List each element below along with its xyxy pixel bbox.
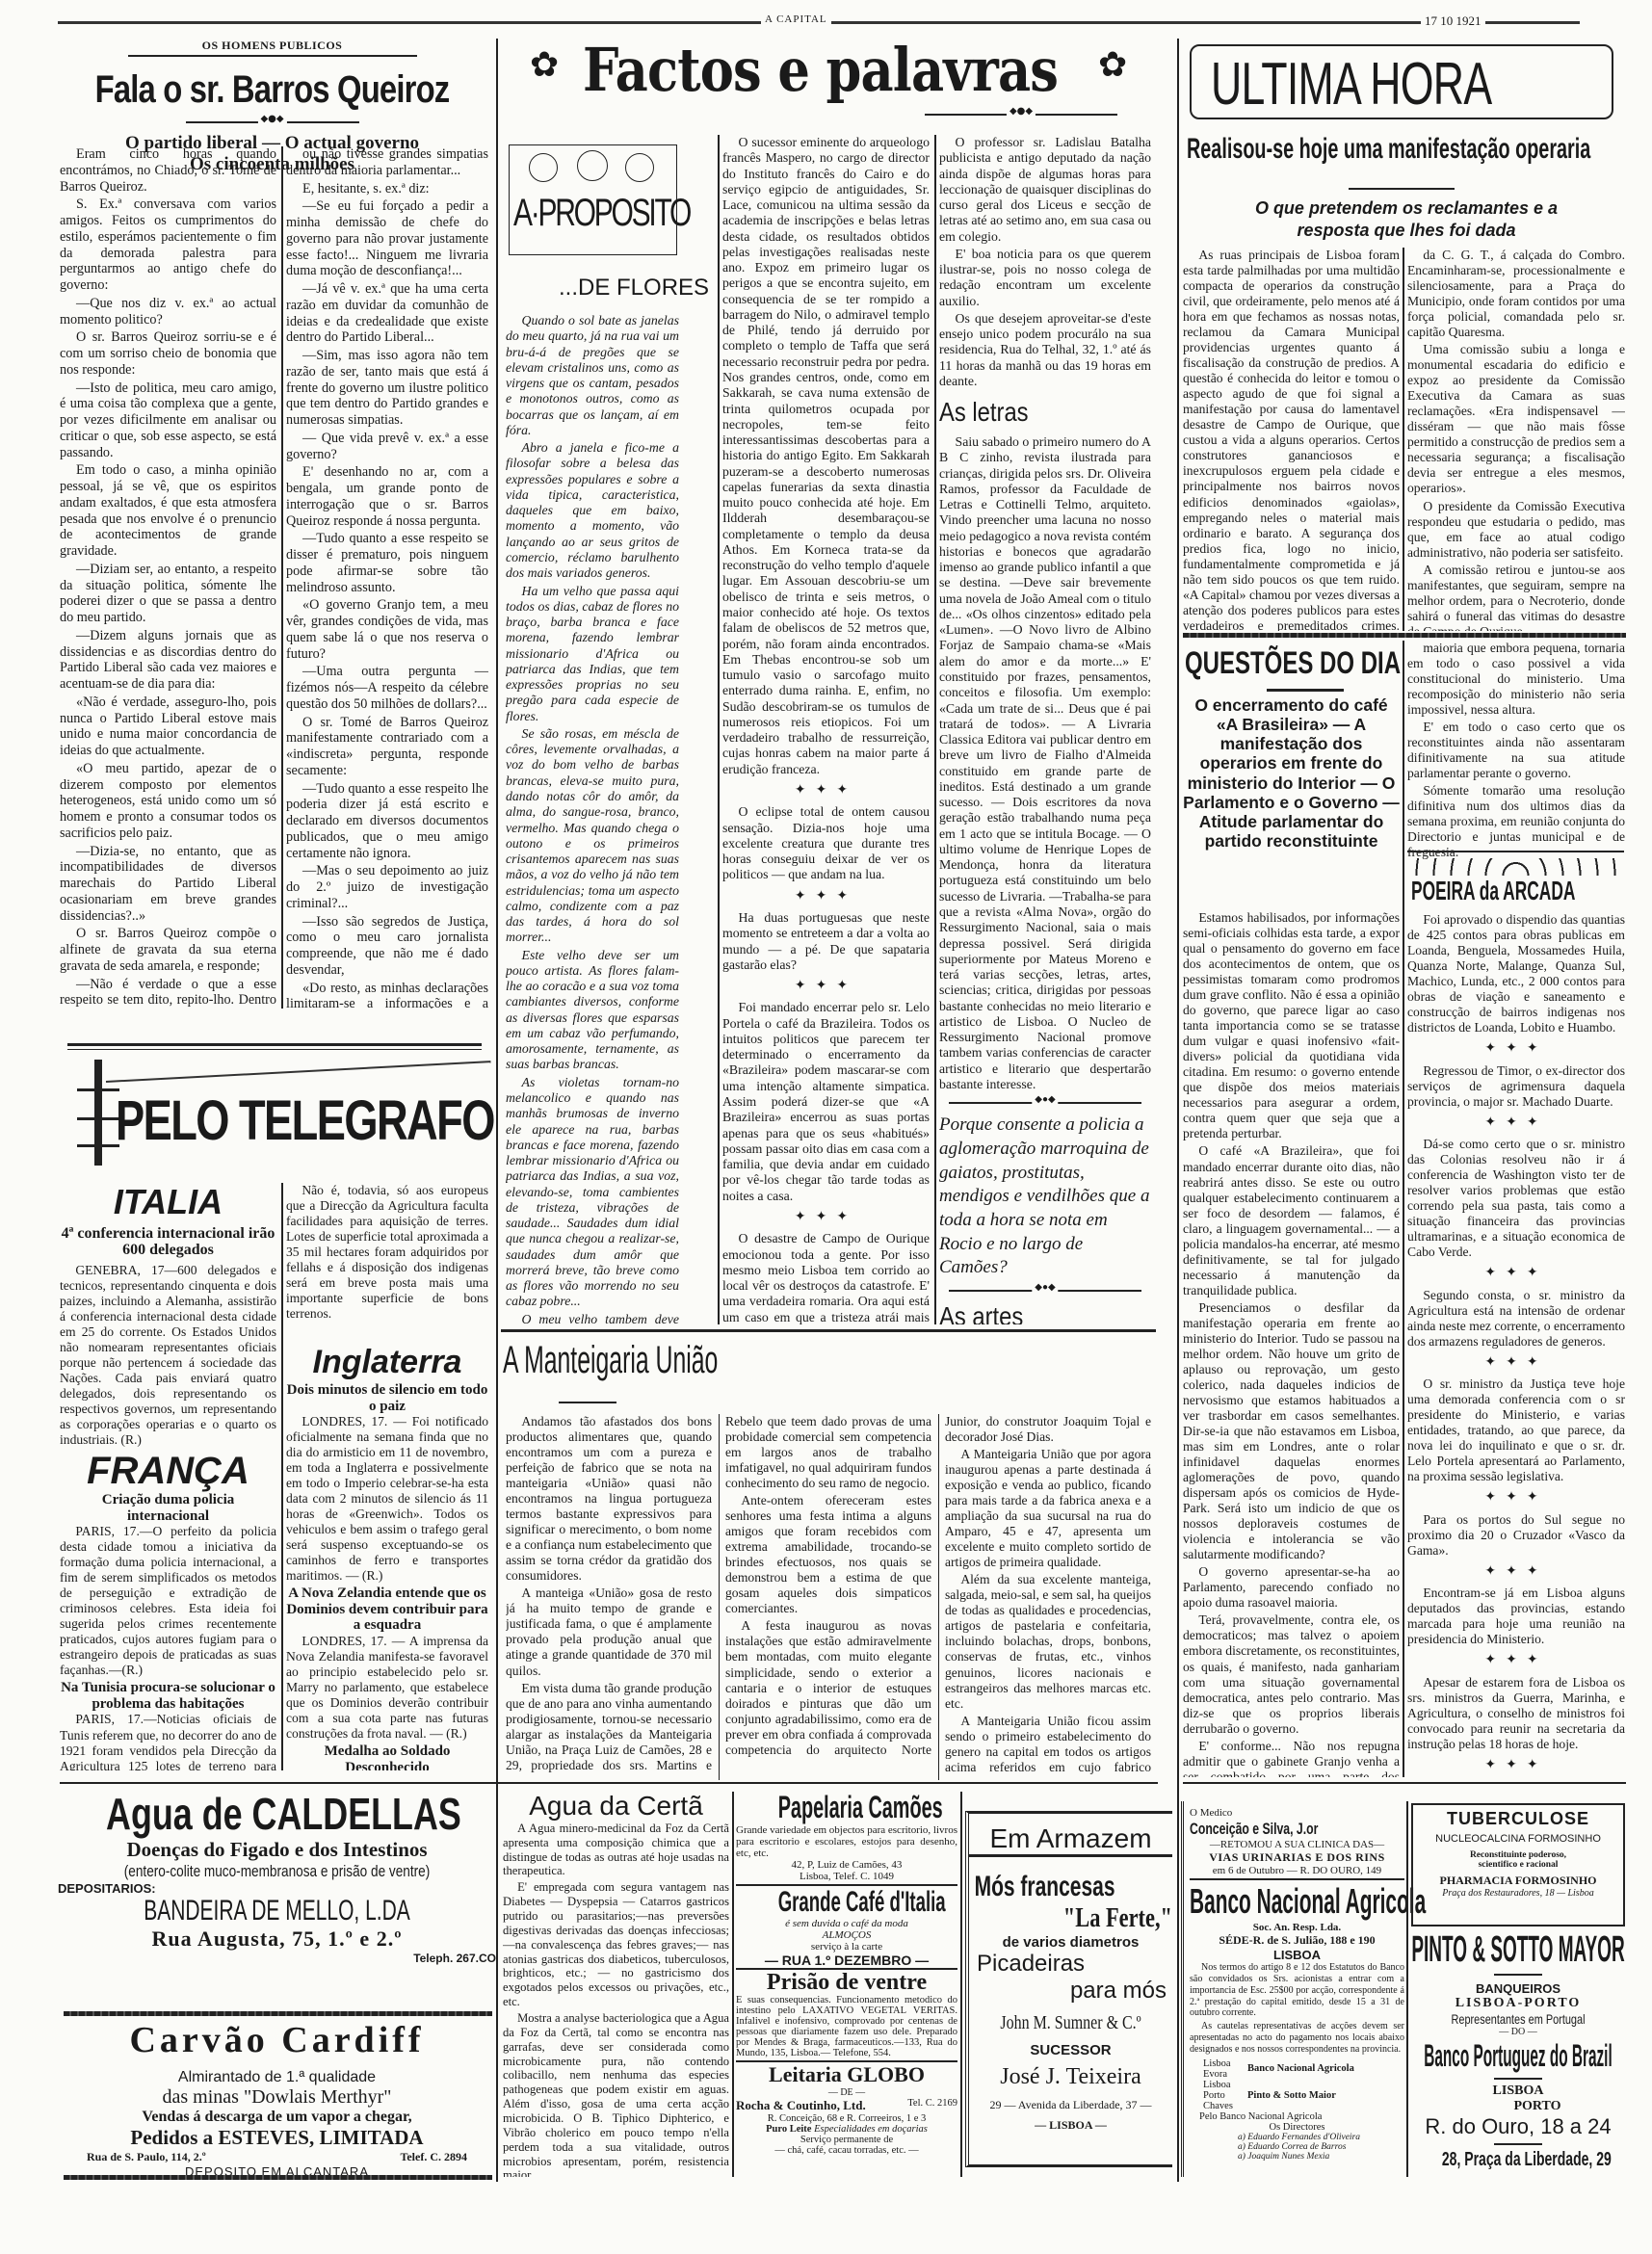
paragraph: S. Ex.ª conversava com varios amigos. Fe… <box>60 197 276 294</box>
paragraph: A comissão retirou e juntou-se aos manif… <box>1407 563 1625 631</box>
paragraph: —Isso são segredos de Justiça, como o me… <box>286 914 488 979</box>
tuberculose-line2: scientifico e racional <box>1413 1860 1623 1870</box>
pinto-address1: R. do Ouro, 18 a 24 <box>1409 2114 1627 2139</box>
manteigaria-title: A Manteigaria União <box>503 1339 718 1382</box>
ultima-hora-right-text: da C. G. T., á calçada do Combro. Encami… <box>1407 248 1625 631</box>
cafe-italia-title: Grande Café d'Italia <box>778 1886 916 1918</box>
paragraph: O governo apresentar-se-ha ao Parlamento… <box>1183 1564 1400 1611</box>
franca-body-1: PARIS, 17.—O perfeito da policia desta c… <box>60 1524 276 1678</box>
paragraph: Além da sua excelente manteiga, salgada,… <box>945 1572 1151 1711</box>
cardiff-title: Carvão Cardiff <box>58 2021 496 2061</box>
armazem-line5: para mós <box>969 1978 1172 2005</box>
flower-ornament-icon: ✿ <box>1098 48 1127 83</box>
banco-agricola-line3: LISBOA <box>1190 1948 1404 1962</box>
paragraph: Foi aprovado o dispendio das quantias de… <box>1407 912 1625 1035</box>
globo-company: Rocha & Coutinho, Ltd. <box>736 2098 866 2113</box>
paragraph: —Diziam ser, ao entanto, a respeito da s… <box>60 562 276 626</box>
places-list-1: LisboaEvora <box>1190 2058 1247 2080</box>
paragraph: —Isto de politica, meu caro amigo, é uma… <box>60 380 276 461</box>
ad-tuberculose: TUBERCULOSE NUCLEOCALCINA FORMOSINHO Rec… <box>1411 1803 1625 1926</box>
paragraph: O meu velho tambem deve ser filosofo. A … <box>506 1312 679 1324</box>
paragraph: Terá, provavelmente, contra ele, os demo… <box>1183 1612 1400 1736</box>
interview-left-text: Eram cinco horas quando encontrámos, no … <box>60 146 276 1009</box>
ad-pinto-sotto-mayor: PINTO & SOTTO MAYOR BANQUEIROS LISBOA-PO… <box>1409 1931 1627 2177</box>
certa-title: Agua da Certã <box>503 1792 729 1822</box>
papelaria-body: Grande variedade em objectos para escrit… <box>736 1824 957 1859</box>
papelaria-address: 42, P, Luiz de Camões, 43 <box>736 1859 957 1871</box>
paragraph: E' boa noticia para os que querem ilustr… <box>939 247 1151 309</box>
globo-title: Leitaria GLOBO <box>736 2062 957 2087</box>
caldellas-phone: Teleph. 267.CO <box>58 1952 496 1965</box>
banco-agricola-title: Banco Nacional Agricola <box>1190 1880 1314 1922</box>
armazem-line1: Mós francesas <box>969 1871 1112 1903</box>
armazem-line2: "La Ferte," <box>1010 1903 1172 1934</box>
paragraph: —Se eu fui forçado a pedir a minha demis… <box>286 198 488 279</box>
caldellas-label: DEPOSITARIOS: <box>58 1881 496 1896</box>
poeira-title: POEIRA da ARCADA <box>1411 876 1575 907</box>
ultima-hora-right-column: da C. G. T., á calçada do Combro. Encami… <box>1407 248 1625 631</box>
pinto-address2: 28, Praça da Liberdade, 29 <box>1442 2149 1594 2171</box>
factos-middle-column: O sucessor eminente do arqueologo francê… <box>722 135 930 1324</box>
paragraph: —Tudo quanto a esse respeito se disser é… <box>286 531 488 595</box>
diamond-ornament-icon: ✦✦✦ <box>1407 1758 1625 1773</box>
pinto-line4: — DO — <box>1409 2027 1627 2037</box>
paragraph: «O governo Granjo tem, a meu vêr, grande… <box>286 597 488 662</box>
interview-right-column: ou não tivesse grandes simpatias dentro … <box>286 146 488 1009</box>
diamond-ornament-icon: ✦✦✦ <box>1407 1041 1625 1057</box>
paragraph: Para os portos do Sul segue no proximo d… <box>1407 1512 1625 1559</box>
questoes-left-column: Estamos habilisados, por informações sem… <box>1183 910 1400 1777</box>
banco-agricola-signoff: Pelo Banco Nacional Agricola <box>1190 2111 1404 2122</box>
paper-name: A CAPITAL <box>761 13 831 25</box>
paragraph: O sr. ministro da Justiça teve hoje uma … <box>1407 1376 1625 1484</box>
interview-left-column: Eram cinco horas quando encontrámos, no … <box>60 146 276 1009</box>
ad-agua-certa: Agua da Certã A Agua minero-medicinal da… <box>503 1792 729 2177</box>
banco-agricola-bank1: Banco Nacional Agricola <box>1247 2063 1354 2074</box>
cafe-italia-line3: serviço à la carte <box>736 1941 957 1953</box>
a-proposito-label: A·PROPOSITO <box>513 192 690 235</box>
globo-line3: — chá, café, cacau torradas, etc. — <box>736 2145 957 2156</box>
manteigaria-text: Andamos tão afastados dos bons productos… <box>506 1414 1151 1780</box>
paragraph: E' em todo o caso certo que os reconstit… <box>1407 720 1625 781</box>
factos-middle-text: O sucessor eminente do arqueologo francê… <box>722 135 930 1324</box>
diamond-ornament-icon: ✦✦✦ <box>1407 1490 1625 1506</box>
medico-line1: —RETOMOU A SUA CLINICA DAS— <box>1190 1839 1404 1850</box>
questoes-title: QUESTÕES DO DIA <box>1185 645 1401 681</box>
paragraph: —Que nos diz v. ex.ª ao actual momento p… <box>60 296 276 328</box>
cafe-italia-line1: é sem duvida o café da moda <box>736 1918 957 1929</box>
paragraph: Ha duas portuguesas que neste momento se… <box>722 910 930 973</box>
globo-de: — DE — <box>736 2087 957 2098</box>
pinto-title: PINTO & SOTTO MAYOR <box>1411 1931 1626 1968</box>
diamond-ornament-icon: ✦✦✦ <box>722 783 930 799</box>
interview-right-text: ou não tivesse grandes simpatias dentro … <box>286 146 488 1009</box>
banco-agricola-directors-label: Os Directores <box>1190 2122 1404 2133</box>
paragraph: Segundo consta, o sr. ministro da Agricu… <box>1407 1288 1625 1350</box>
pinto-line1: BANQUEIROS <box>1409 1981 1627 1996</box>
as-artes-title: As artes <box>939 1301 1119 1324</box>
paragraph: O sr. Tomé de Barros Queiroz manifestame… <box>286 715 488 779</box>
places-list-2: LisboaPortoChaves <box>1190 2080 1247 2111</box>
as-letras-title: As letras <box>939 397 1119 429</box>
a-proposito-title: ...DE FLORES <box>559 275 709 301</box>
questoes-left-text: Estamos habilisados, por informações sem… <box>1183 910 1400 1777</box>
medico-line3: em 6 de Outubro — R. DO OURO, 149 <box>1190 1865 1404 1876</box>
italia-headline: 4ª conferencia internacional irão 600 de… <box>60 1225 276 1259</box>
tuberculose-address: Praça dos Restauradores, 18 — Lisboa <box>1413 1888 1623 1899</box>
paragraph: —Tudo quanto a esse respeito lhe poderia… <box>286 781 488 862</box>
pinto-line7: PORTO <box>1409 2099 1627 2114</box>
paragraph: Foi mandado encerrar pelo sr. Lelo Porte… <box>722 1000 930 1203</box>
paragraph: da C. G. T., á calçada do Combro. Encami… <box>1407 248 1625 340</box>
paragraph: Ante-ontem ofereceram estes senhores uma… <box>725 1493 931 1616</box>
paragraph: Dá-se como certo que o sr. ministro das … <box>1407 1137 1625 1260</box>
armazem-successor-label: SUCESSOR <box>969 2042 1172 2058</box>
diamond-ornament-icon: ✦✦✦ <box>1407 1653 1625 1668</box>
agriculture-note: Não é, todavia, só aos europeus que a Di… <box>286 1183 488 1322</box>
ultima-hora-headline: Realisou-se hoje uma manifestação operar… <box>1187 133 1590 166</box>
papelaria-title: Papelaria Camões <box>778 1792 916 1824</box>
papelaria-phone: Lisboa, Telef. C. 1049 <box>736 1871 957 1886</box>
list-item: a) Eduardo Correa de Barros <box>1238 2142 1404 2152</box>
paragraph: —Sim, mas isso agora não tem razão de se… <box>286 348 488 429</box>
list-item: Lisboa <box>1203 2080 1247 2090</box>
tuberculose-title: TUBERCULOSE <box>1413 1809 1623 1829</box>
arcade-arches-icon <box>1407 858 1624 876</box>
armazem-successor: José J. Teixeira <box>969 2064 1172 2090</box>
flower-ornament-icon: ✿ <box>530 48 559 83</box>
ultima-hora-left-column: As ruas principais de Lisboa foram esta … <box>1183 248 1400 631</box>
paragraph: Estamos habilisados, por informações sem… <box>1183 910 1400 1141</box>
poeira-column: Foi aprovado o dispendio das quantias de… <box>1407 912 1625 1777</box>
inglaterra-headline-1: Dois minutos de silencio em todo o paiz <box>286 1382 488 1414</box>
paragraph: O café «A Brazileira», que foi mandado e… <box>1183 1143 1400 1297</box>
caldellas-title: Agua de CALDELLAS <box>106 1792 448 1836</box>
paragraph: «Do resto, as minhas declarações limitar… <box>286 981 488 1009</box>
globo-line2: Serviço permanente de <box>736 2135 957 2145</box>
cafe-italia-address: — RUA 1.º DEZEMBRO — <box>736 1953 957 1970</box>
inglaterra-headline-2: A Nova Zelandia entende que os Dominios … <box>286 1586 488 1634</box>
poeira-text: Foi aprovado o dispendio das quantias de… <box>1407 912 1625 1777</box>
a-proposito-column: Quando o sol bate as janelas do meu quar… <box>506 313 679 1324</box>
prisao-title: Prisão de ventre <box>736 1970 957 1995</box>
cardiff-line2: das minas "Dowlais Merthyr" <box>58 2086 496 2109</box>
paragraph: E, hesitante, s. ex.ª diz: <box>286 181 488 197</box>
list-item: Porto <box>1203 2090 1247 2101</box>
medico-prefix: O Medico <box>1190 1807 1232 1819</box>
armazem-address: 29 — Avenida da Liberdade, 37 — <box>969 2098 1172 2112</box>
diamond-ornament-icon: ✦✦✦ <box>722 889 930 904</box>
franca-body-2: PARIS, 17.—Noticias oficiais de Tunis re… <box>60 1712 276 1770</box>
paragraph: Em todo o caso, a minha opinião pessoal,… <box>60 462 276 560</box>
paragraph: As ruas principais de Lisboa foram esta … <box>1183 248 1400 631</box>
paragraph: Apesar de estarem fora de Lisboa os srs.… <box>1407 1675 1625 1752</box>
medico-name: Conceição e Silva, J.or <box>1190 1820 1318 1839</box>
ultima-hora-left-text: As ruas principais de Lisboa foram esta … <box>1183 248 1400 631</box>
telegrafo-right-column: Não é, todavia, só aos europeus que a Di… <box>286 1183 488 1770</box>
certa-text: A Agua minero-medicinal da Foz da Certã … <box>503 1822 729 2177</box>
globo-phone: Tel. C. 2169 <box>907 2098 957 2113</box>
paragraph: «O meu partido, apezar de o dizerem comp… <box>60 761 276 842</box>
armazem-line3: de varios diametros <box>969 1934 1172 1951</box>
globo-line1: Puro Leite <box>766 2124 811 2135</box>
paragraph: O eclipse total de ontem causou sensação… <box>722 804 930 882</box>
question-policia: Porque consente a policia a aglomeração … <box>939 1114 1151 1280</box>
paragraph: —Já vê v. ex.ª que ha uma certa razão em… <box>286 281 488 346</box>
paragraph: Eram cinco horas quando encontrámos, no … <box>60 146 276 195</box>
diamond-ornament-icon: ✦✦✦ <box>1407 1564 1625 1580</box>
paragraph: —Dizem alguns jornais que as dissidencia… <box>60 628 276 693</box>
factos-right-text: O professor sr. Ladislau Batalha publici… <box>939 135 1151 389</box>
ultima-hora-title: ULTIMA HORA <box>1211 50 1491 118</box>
armazem-company: John M. Sumner & C.º <box>989 2012 1152 2034</box>
factos-title: Factos e palavras <box>583 35 1058 105</box>
armazem-city: — LISBOA — <box>969 2118 1172 2133</box>
diamond-ornament-icon: ✦✦✦ <box>1407 1115 1625 1131</box>
headline: Fala o sr. Barros Queiroz <box>92 68 452 112</box>
banco-agricola-para1: Nos termos do artigo 8 e 12 dos Estatuto… <box>1190 1962 1404 2019</box>
paragraph: —Uma outra pergunta — fizémos nós—A resp… <box>286 664 488 712</box>
telegrafo-left-column: ITALIA 4ª conferencia internacional irão… <box>60 1183 276 1770</box>
list-item: Lisboa <box>1203 2058 1247 2069</box>
inglaterra-body-2: LONDRES, 17. — A imprensa da Nova Zeland… <box>286 1634 488 1742</box>
diamond-ornament-icon: ✦✦✦ <box>722 1210 930 1225</box>
italia-body: GENEBRA, 17—600 delegados e tecnicos, re… <box>60 1263 276 1448</box>
paragraph: —Mas o seu depoimento ao juiz do 2.º jui… <box>286 863 488 911</box>
banco-agricola-line2: SÉDE-R. de S. Julião, 188 e 190 <box>1190 1933 1404 1948</box>
paragraph: —Dizia-se, no entanto, que as incompatib… <box>60 844 276 925</box>
paragraph: E' desenhando no ar, com a bengala, um g… <box>286 464 488 529</box>
franca-heading: FRANÇA <box>60 1450 276 1492</box>
pinto-line5: Banco Portuguez do Brazil <box>1415 2037 1621 2074</box>
factos-right-column: O professor sr. Ladislau Batalha publici… <box>939 135 1151 1324</box>
inglaterra-headline-3: Medalha ao Soldado Desconhecido <box>286 1743 488 1770</box>
paragraph: E' conforme... Não nos repugna admitir q… <box>1183 1739 1400 1777</box>
questoes-right-text: maioria que embora pequena, tornaria em … <box>1407 641 1625 860</box>
cardiff-phone: Telef. C. 2894 <box>400 2150 467 2164</box>
factos-banner: ✿ Factos e palavras ✿ <box>501 39 1156 111</box>
paragraph: Ha um velho que passa aqui todos os dias… <box>506 584 679 724</box>
prisao-body: E suas consequencias. Funcionamento meto… <box>736 1995 957 2062</box>
directors-list: a) Eduardo Fernandes d'Oliveiraa) Eduard… <box>1190 2133 1404 2162</box>
masthead: A CAPITAL 17 10 1921 <box>0 8 1652 37</box>
paragraph: A Manteigaria União que por agora inaugu… <box>945 1447 1151 1570</box>
cafe-italia-line2: ALMOÇOS <box>736 1929 957 1941</box>
caldellas-address: Rua Augusta, 75, 1.º e 2.º <box>58 1926 496 1952</box>
paragraph: A Agua minero-medicinal da Foz da Certã … <box>503 1822 729 1878</box>
cardiff-line4: Pedidos a ESTEVES, LIMITADA <box>58 2126 496 2150</box>
paragraph: Andamos tão afastados dos bons productos… <box>506 1414 712 1584</box>
kicker: OS HOMENS PUBLICOS <box>128 39 417 57</box>
paragraph: Se são rosas, em méscla de côres, leveme… <box>506 726 679 946</box>
paragraph: —Não é verdade o que a esse respeito se … <box>60 977 276 1009</box>
paragraph: O desastre de Campo de Ourique emocionou… <box>722 1231 930 1324</box>
franca-headline-2: Na Tunisia procura-se solucionar o probl… <box>60 1680 276 1712</box>
ad-cardiff: Carvão Cardiff Almirantado de 1.ª qualid… <box>58 2021 496 2175</box>
caldellas-line1: Doenças do Figado e dos Intestinos <box>58 1838 496 1862</box>
banco-agricola-bank2: Pinto & Sotto Maior <box>1247 2090 1336 2101</box>
caldellas-line2: (entero-colite muco-membranosa e prisão … <box>102 1862 453 1881</box>
paragraph: Os que desejem aproveitar-se d'este ense… <box>939 311 1151 389</box>
ultima-hora-banner: ULTIMA HORA <box>1190 44 1613 119</box>
questoes-headline: O encerramento do café «A Brasileira» — … <box>1183 695 1400 851</box>
diamond-ornament-icon: ✦✦✦ <box>722 979 930 994</box>
list-item: Evora <box>1203 2069 1247 2080</box>
paragraph: Abro a janela e fico-me a filosofar sobr… <box>506 440 679 581</box>
telegrafo-title: PELO TELEGRAFO <box>116 1088 494 1153</box>
armazem-line4: Picadeiras <box>969 1951 1172 1978</box>
list-item: a) Eduardo Fernandes d'Oliveira <box>1238 2133 1404 2142</box>
paragraph: O sr. Barros Queiroz compõe o alfinete d… <box>60 926 276 974</box>
paragraph: Presenciamos o desfilar da manifestação … <box>1183 1300 1400 1563</box>
ad-banco-agricola: O Medico Conceição e Silva, J.or —RETOMO… <box>1181 1801 1404 2177</box>
tuberculose-product: NUCLEOCALCINA FORMOSINHO <box>1413 1833 1623 1845</box>
pinto-line6: LISBOA <box>1409 2084 1627 2099</box>
paragraph: «Não é verdade, asseguro-lho, pois nunca… <box>60 695 276 759</box>
diamond-ornament-icon: ✦✦✦ <box>1407 1266 1625 1281</box>
ad-stack-middle: Papelaria Camões Grande variedade em obj… <box>736 1792 957 2177</box>
inglaterra-heading: Inglaterra <box>286 1343 488 1382</box>
caldellas-company: BANDEIRA DE MELLO, L.DA <box>123 1896 431 1926</box>
telegraph-pole-icon <box>94 1060 102 1166</box>
issue-date: 17 10 1921 <box>1421 13 1485 29</box>
paragraph: Quando o sol bate as janelas do meu quar… <box>506 313 679 438</box>
italia-heading: ITALIA <box>60 1183 276 1221</box>
poeira-banner: POEIRA da ARCADA <box>1407 851 1624 908</box>
pinto-line3: Representantes em Portugal <box>1433 2011 1603 2027</box>
paragraph: Uma comissão subiu a longa e monumental … <box>1407 342 1625 496</box>
manteigaria-columns: Andamos tão afastados dos bons productos… <box>506 1414 1151 1780</box>
banco-agricola-line1: Soc. An. Resp. Lda. <box>1190 1922 1404 1933</box>
paragraph: O sr. Barros Queiroz sorriu-se e é com u… <box>60 329 276 378</box>
questoes-right-column: maioria que embora pequena, tornaria em … <box>1407 641 1625 1777</box>
pinto-line2: LISBOA-PORTO <box>1409 1996 1627 2011</box>
paragraph: O professor sr. Ladislau Batalha publici… <box>939 135 1151 245</box>
globo-address: R. Conceição, 68 e R. Correeiros, 1 e 3 <box>736 2113 957 2124</box>
paragraph: O sucessor eminente do arqueologo francê… <box>722 135 930 777</box>
paragraph: As violetas tornam-no melancolico e quan… <box>506 1075 679 1310</box>
paragraph: Encontram-se já em Lisboa alguns deputad… <box>1407 1586 1625 1647</box>
paragraph: — Que vida prevê v. ex.ª a esse governo? <box>286 431 488 463</box>
cardiff-address: Rua de S. Paulo, 114, 2.º <box>87 2150 206 2164</box>
ad-caldellas: Agua de CALDELLAS Doenças do Figado e do… <box>58 1792 496 1975</box>
banco-agricola-para2: As cautelas representativas de acções de… <box>1190 2021 1404 2055</box>
cardiff-line1: Almirantado de 1.ª qualidade <box>58 2069 496 2086</box>
list-item: a) Joaquim Nunes Mexia <box>1238 2152 1404 2162</box>
paragraph: Regressou de Timor, o ex-director dos se… <box>1407 1063 1625 1110</box>
paragraph: O presidente da Comissão Executiva respo… <box>1407 499 1625 561</box>
paragraph: Sómente tomarão uma resolução difinitiva… <box>1407 783 1625 860</box>
as-letras-body: Saiu sabado o primeiro numero do A B C z… <box>939 434 1151 1092</box>
ad-em-armazem: Em Armazem Mós francesas "La Ferte," de … <box>965 1811 1172 2167</box>
armazem-title: Em Armazem <box>969 1823 1172 1857</box>
cardiff-line3: Vendas á descarga de um vapor a chegar, <box>58 2109 496 2126</box>
franca-headline-1: Criação duma policia internacional <box>60 1492 276 1524</box>
diamond-ornament-icon: ✦✦✦ <box>1407 1355 1625 1371</box>
a-proposito-text: Quando o sol bate as janelas do meu quar… <box>506 313 679 1324</box>
globo-line1-italic: Especialidades em doçarias <box>814 2124 928 2135</box>
paragraph: A manteiga «União» gosa de resto já ha m… <box>506 1586 712 1678</box>
ultima-hora-subhead: O que pretendem os reclamantes e a respo… <box>1243 197 1570 243</box>
inglaterra-body-1: LONDRES, 17. — Foi notificado oficialmen… <box>286 1414 488 1584</box>
paragraph: ou não tivesse grandes simpatias dentro … <box>286 146 488 179</box>
list-item: Chaves <box>1203 2101 1247 2111</box>
paragraph: maioria que embora pequena, tornaria em … <box>1407 641 1625 718</box>
paragraph: Este velho deve ser um pouco artista. As… <box>506 948 679 1073</box>
telegrafo-banner: PELO TELEGRAFO <box>67 1060 482 1166</box>
tuberculose-pharmacy: PHARMACIA FORMOSINHO <box>1413 1874 1623 1888</box>
medico-line2: VIAS URINARIAS E DOS RINS <box>1190 1850 1404 1865</box>
paragraph: E' empregada com segura vantagem nas Dia… <box>503 1880 729 2009</box>
a-proposito-illustration: A·PROPOSITO <box>509 144 677 255</box>
tuberculose-line1: Reconstituinte poderoso, <box>1413 1850 1623 1860</box>
paragraph: Mostra a analyse bacteriologica que a Ag… <box>503 2011 729 2177</box>
